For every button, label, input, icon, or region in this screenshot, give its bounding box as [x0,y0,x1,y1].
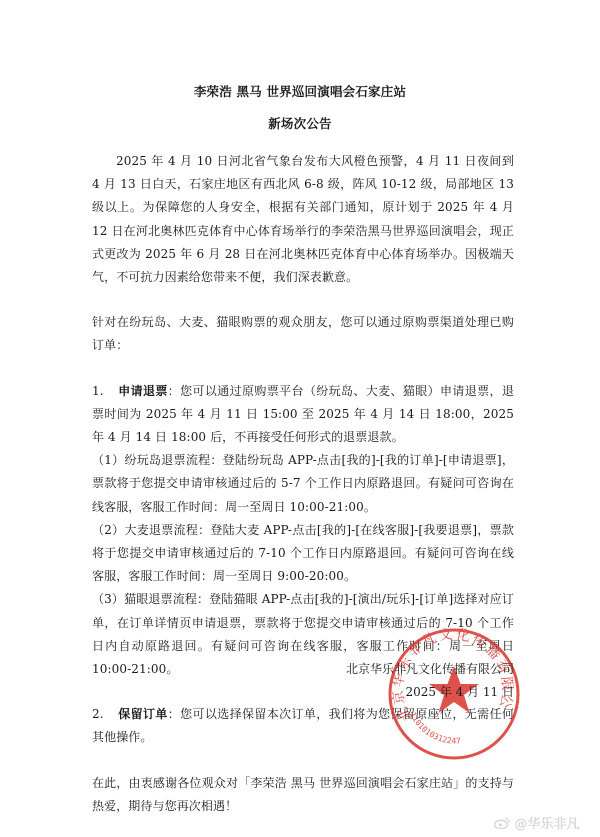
channels-note: 针对在纷玩岛、大麦、猫眼购票的观众朋友，您可以通过原购票渠道处理已购订单： [92,311,514,357]
svg-text:1101010312247: 1101010312247 [408,711,461,746]
signature-date: 2025 年 4 月 11 日 [405,681,514,704]
intro-paragraph: 2025 年 4 月 10 日河北省气象台发布大风橙色预警，4 月 11 日夜间… [92,150,514,289]
option-number: 2. [92,703,118,726]
refund-step-damai: （2）大麦退票流程：登陆大麦 APP-点击[我的]-[在线客服]-[我要退票]，… [92,519,514,589]
page-subtitle: 新场次公告 [0,114,600,132]
seal-code: 1101010312247 [408,711,461,746]
announcement-page: 李荣浩 黑马 世界巡回演唱会石家庄站 新场次公告 2025 年 4 月 10 日… [0,0,600,837]
option-number: 1. [92,380,118,403]
refund-step-funwandao: （1）纷玩岛退票流程：登陆纷玩岛 APP-点击[我的]-[我的订单]-[申请退票… [92,449,514,519]
watermark-text: @华乐非凡 [515,817,580,832]
option-label: 申请退票 [118,384,168,398]
page-title: 李荣浩 黑马 世界巡回演唱会石家庄站 [0,82,600,100]
option-label: 保留订单 [118,707,168,721]
weibo-logo-icon [494,817,510,829]
closing-paragraph: 在此，由衷感谢各位观众对「李荣浩 黑马 世界巡回演唱会石家庄站」的支持与热爱，期… [92,772,514,818]
option-refund: 1.申请退票：您可以通过原购票平台（纷玩岛、大麦、猫眼）申请退票，退票时间为 2… [92,380,514,450]
weibo-watermark: @华乐非凡 [494,813,580,832]
signature-company: 北京华乐非凡文化传播有限公司 [346,658,514,681]
